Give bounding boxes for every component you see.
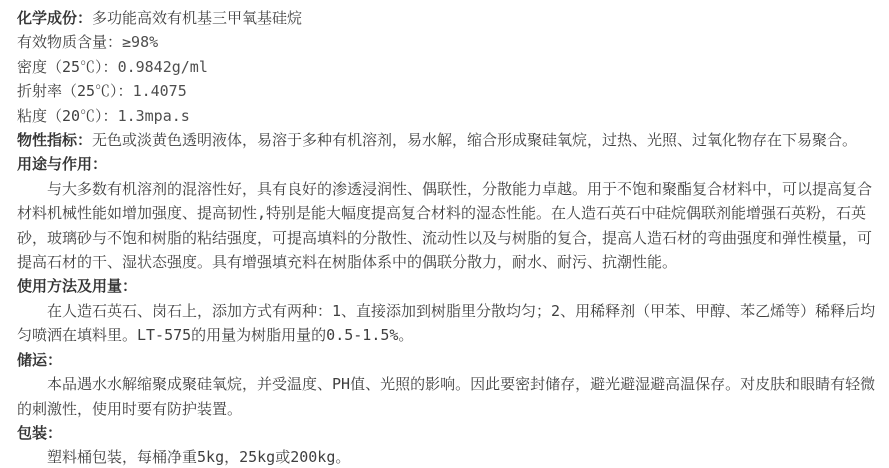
- method-section-body: 在人造石英石、岗石上，添加方式有两种：1、直接添加到树脂里分散均匀；2、用稀释剂…: [17, 299, 877, 348]
- physical-properties-label: 物性指标：: [17, 131, 92, 149]
- packing-heading-text: 包装：: [17, 424, 62, 442]
- spec-value-viscosity: 1.3mpa.s: [118, 107, 190, 125]
- storage-section-heading: 储运：: [17, 348, 877, 372]
- spec-value-content: ≥98%: [122, 33, 158, 51]
- method-section-heading: 使用方法及用量：: [17, 274, 877, 298]
- spec-line-density: 密度（25℃）：0.9842g/ml: [17, 55, 877, 79]
- packing-section-heading: 包装：: [17, 421, 877, 445]
- spec-line-viscosity: 粘度（20℃）：1.3mpa.s: [17, 104, 877, 128]
- method-heading-text: 使用方法及用量：: [17, 277, 137, 295]
- spec-label-density: 密度（25℃）：: [17, 58, 118, 76]
- chemical-composition-label: 化学成份：: [17, 9, 92, 27]
- chemical-composition-line: 化学成份：多功能高效有机基三甲氧基硅烷: [17, 6, 877, 30]
- usage-heading-text: 用途与作用：: [17, 155, 107, 173]
- usage-section-heading: 用途与作用：: [17, 152, 877, 176]
- spec-value-density: 0.9842g/ml: [118, 58, 208, 76]
- packing-section-body: 塑料桶包装，每桶净重5kg，25kg或200kg。: [17, 445, 877, 468]
- spec-line-refractive-index: 折射率（25℃）：1.4075: [17, 79, 877, 103]
- storage-section-body: 本品遇水水解缩聚成聚硅氧烷，并受温度、PH值、光照的影响。因此要密封储存，避光避…: [17, 372, 877, 421]
- physical-properties-value: 无色或淡黄色透明液体，易溶于多种有机溶剂，易水解，缩合形成聚硅氧烷，过热、光照、…: [92, 131, 857, 149]
- product-spec-document: 化学成份：多功能高效有机基三甲氧基硅烷 有效物质含量：≥98% 密度（25℃）：…: [0, 0, 889, 468]
- spec-label-viscosity: 粘度（20℃）：: [17, 107, 118, 125]
- usage-section-body: 与大多数有机溶剂的混溶性好，具有良好的渗透浸润性、偶联性，分散能力卓越。用于不饱…: [17, 177, 877, 275]
- spec-value-refractive-index: 1.4075: [133, 82, 187, 100]
- spec-label-refractive-index: 折射率（25℃）：: [17, 82, 133, 100]
- spec-label-content: 有效物质含量：: [17, 33, 122, 51]
- chemical-composition-value: 多功能高效有机基三甲氧基硅烷: [92, 9, 302, 27]
- storage-heading-text: 储运：: [17, 351, 62, 369]
- spec-line-content: 有效物质含量：≥98%: [17, 30, 877, 54]
- physical-properties-line: 物性指标：无色或淡黄色透明液体，易溶于多种有机溶剂，易水解，缩合形成聚硅氧烷，过…: [17, 128, 877, 152]
